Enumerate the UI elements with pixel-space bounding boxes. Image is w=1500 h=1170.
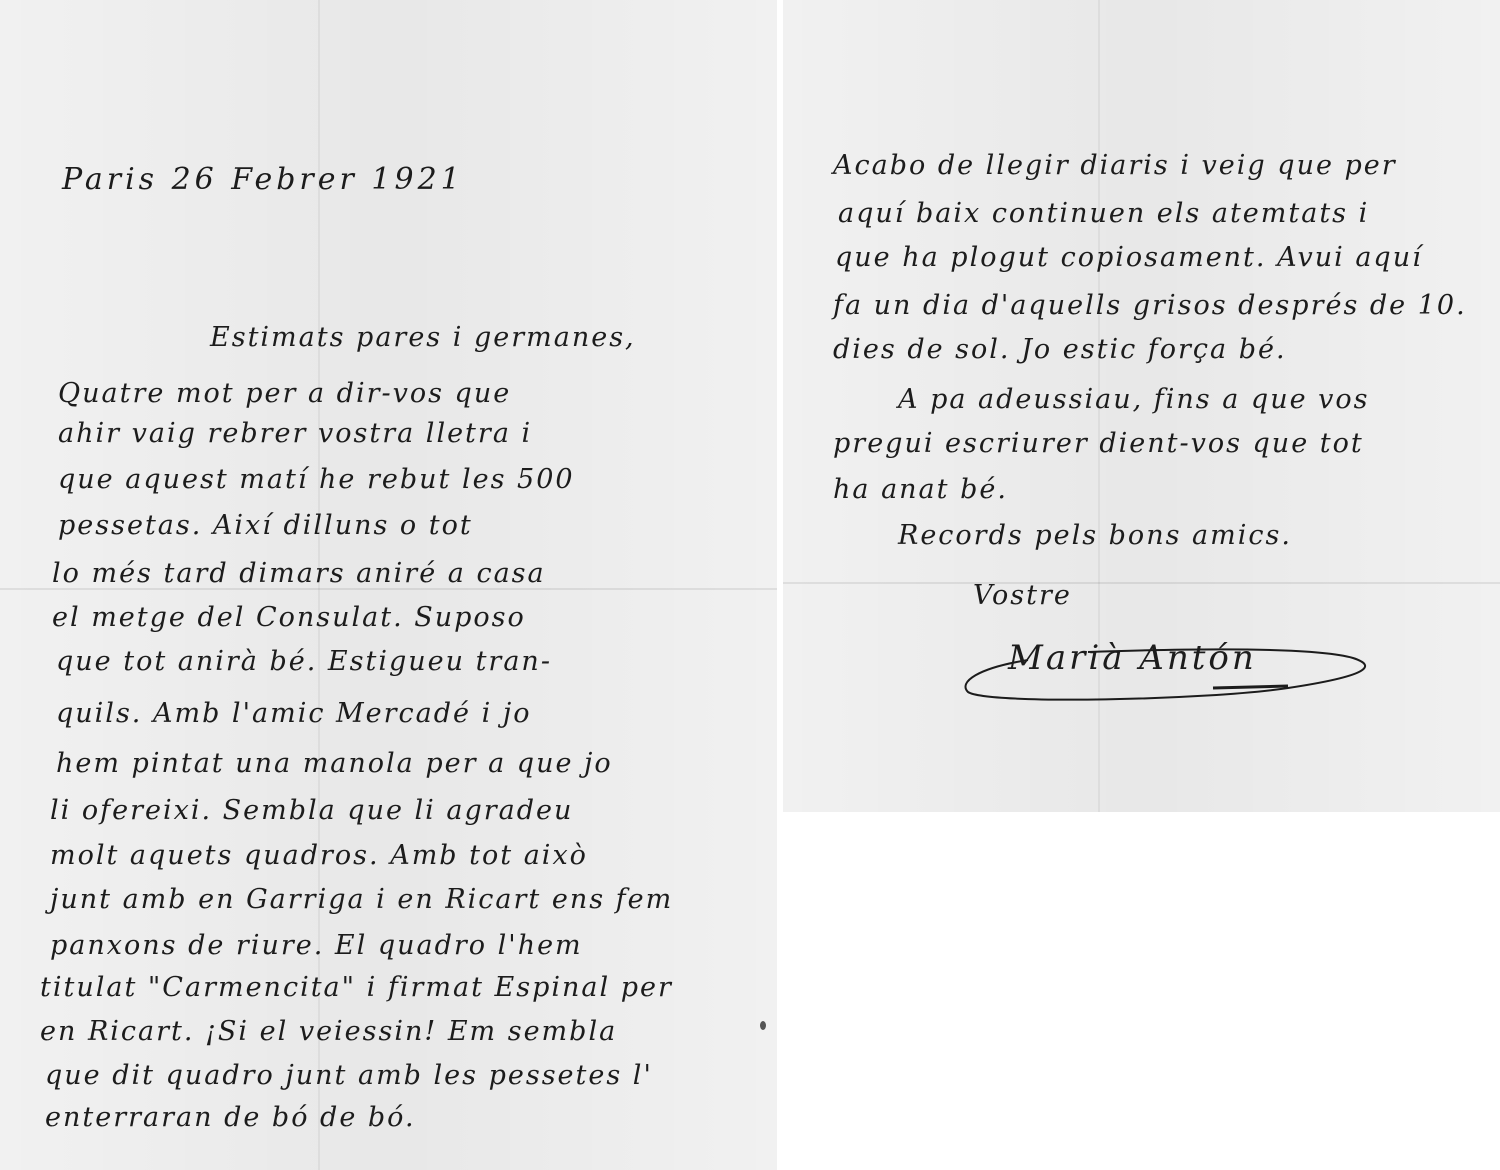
body-line: panxons de riure. El quadro l'hem	[50, 930, 583, 961]
body-line: que ha plogut copiosament. Avui aquí	[835, 242, 1423, 273]
body-line: pessetas. Així dilluns o tot	[58, 510, 473, 541]
body-line: lo més tard dimars aniré a casa	[52, 558, 546, 589]
fold-crease-horizontal	[783, 582, 1500, 584]
body-line: A pa adeussiau, fins a que vos	[898, 384, 1370, 415]
body-line: el metge del Consulat. Suposo	[52, 602, 526, 633]
body-line: Records pels bons amics.	[898, 520, 1292, 551]
signature: Marià Antón	[958, 630, 1388, 710]
date-line: Paris 26 Febrer 1921	[62, 162, 464, 197]
body-line: que tot anirà bé. Estigueu tran-	[56, 646, 552, 677]
body-line: molt aquets quadros. Amb tot això	[50, 840, 588, 871]
signature-name: Marià Antón	[1008, 638, 1257, 678]
body-line: titulat "Carmencita" i firmat Espinal pe…	[40, 972, 673, 1003]
body-line: ahir vaig rebrer vostra lletra i	[58, 418, 532, 449]
body-line: fa un dia d'aquells grisos després de 10…	[833, 290, 1467, 321]
body-line: li ofereixi. Sembla que li agradeu	[50, 795, 573, 826]
body-line: pregui escriurer dient-vos que tot	[833, 428, 1364, 459]
body-line: que dit quadro junt amb les pessetes l'	[45, 1060, 653, 1091]
letter-page-2: Acabo de llegir diaris i veig que per aq…	[783, 0, 1500, 812]
ink-spot	[760, 1021, 766, 1030]
letter-page-1: Paris 26 Febrer 1921 Estimats pares i ge…	[0, 0, 777, 1170]
body-line: quils. Amb l'amic Mercadé i jo	[56, 698, 531, 729]
body-line: en Ricart. ¡Si el veiessin! Em sembla	[40, 1016, 617, 1047]
closing: Vostre	[973, 580, 1072, 611]
body-line: que aquest matí he rebut les 500	[58, 464, 575, 495]
body-line: Acabo de llegir diaris i veig que per	[833, 150, 1397, 181]
body-line: ha anat bé.	[833, 474, 1008, 505]
body-line: aquí baix continuen els atemtats i	[838, 198, 1369, 229]
body-line: dies de sol. Jo estic força bé.	[833, 334, 1287, 365]
body-line: enterraran de bó de bó.	[45, 1102, 416, 1133]
body-line: hem pintat una manola per a que jo	[56, 748, 613, 779]
body-line: Quatre mot per a dir-vos que	[58, 378, 511, 409]
salutation: Estimats pares i germanes,	[210, 322, 636, 353]
body-line: junt amb en Garriga i en Ricart ens fem	[50, 884, 673, 915]
